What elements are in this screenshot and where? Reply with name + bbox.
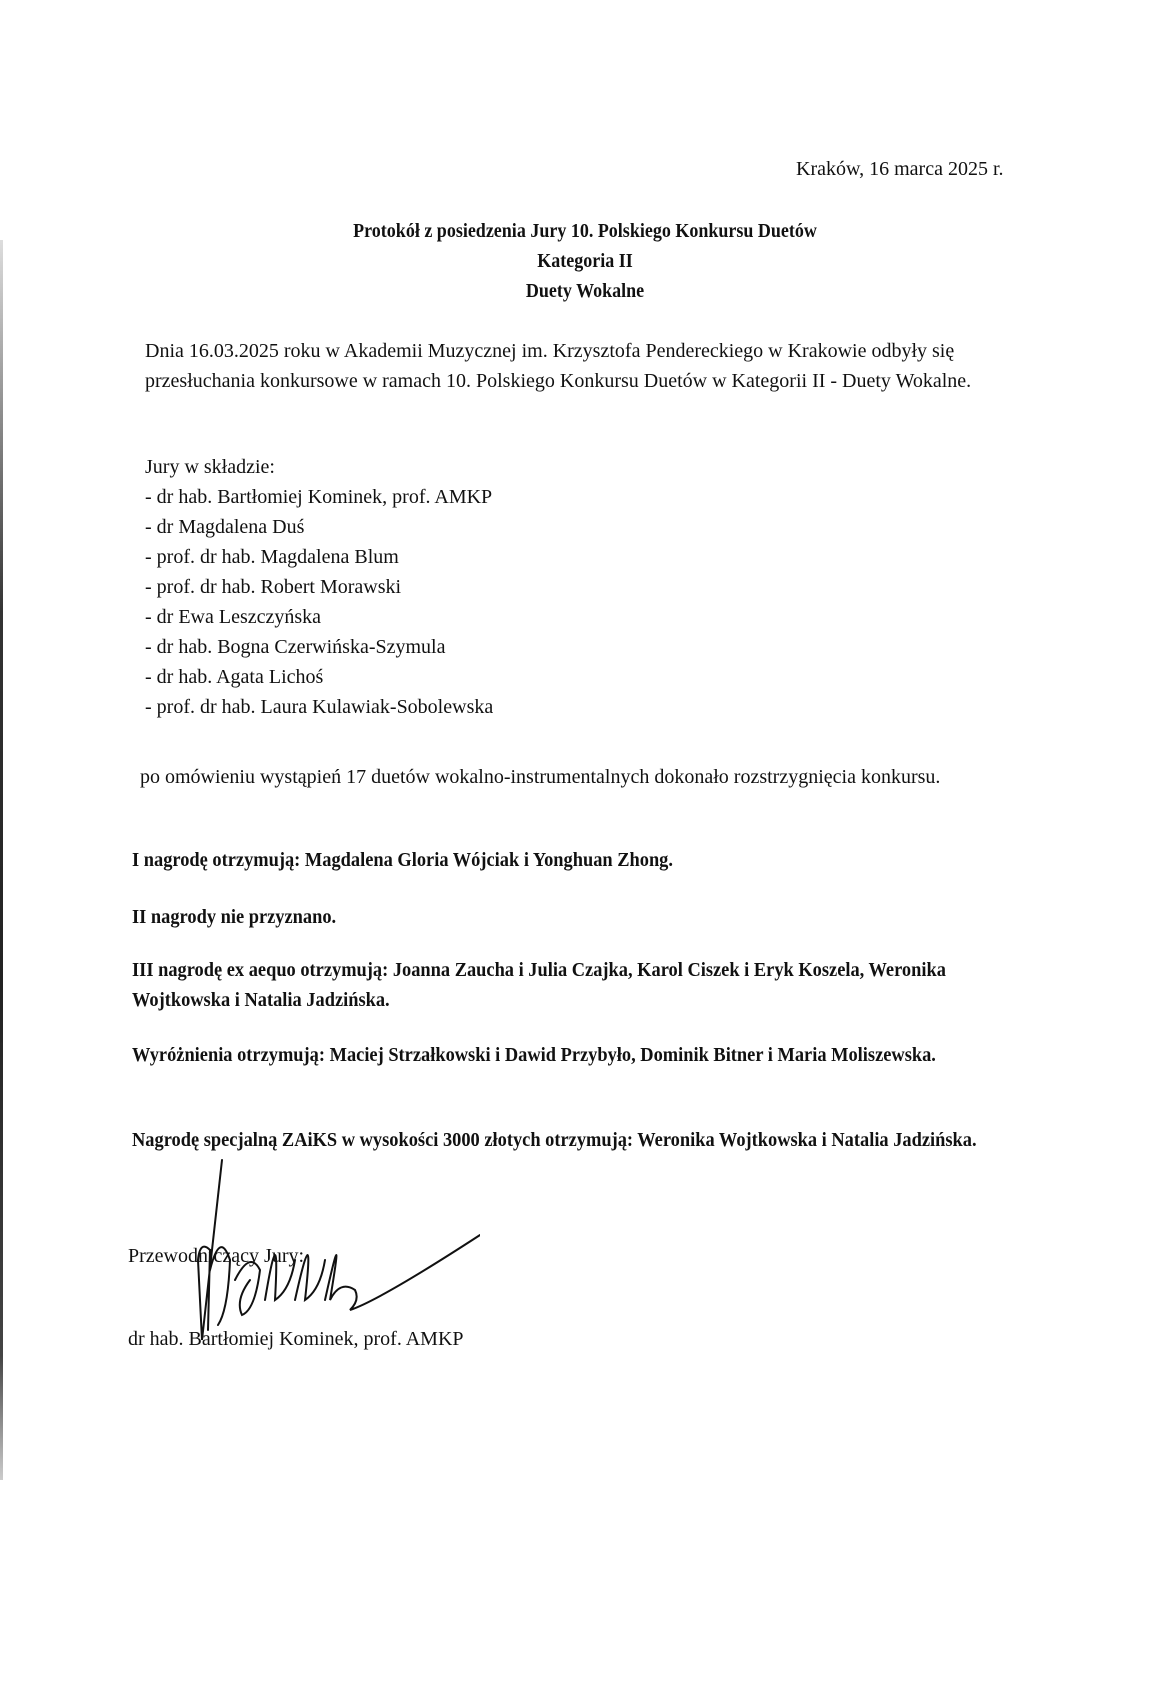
- jury-member: - dr hab. Bogna Czerwińska-Szymula: [145, 632, 1015, 662]
- jury-heading: Jury w składzie:: [145, 452, 1015, 482]
- jury-member: - dr hab. Agata Lichoś: [145, 662, 1015, 692]
- place-date: Kraków, 16 marca 2025 r.: [796, 158, 1004, 181]
- signature-icon: [180, 1150, 480, 1380]
- intro-paragraph: Dnia 16.03.2025 roku w Akademii Muzyczne…: [145, 336, 1015, 396]
- third-prize: III nagrodę ex aequo otrzymują: Joanna Z…: [132, 955, 988, 1015]
- jury-list: Jury w składzie: - dr hab. Bartłomiej Ko…: [145, 452, 1015, 722]
- jury-member: - dr hab. Bartłomiej Kominek, prof. AMKP: [145, 482, 1015, 512]
- title-line-3: Duety Wokalne: [59, 276, 1112, 306]
- title-line-1: Protokół z posiedzenia Jury 10. Polskieg…: [59, 216, 1112, 246]
- jury-member: - prof. dr hab. Magdalena Blum: [145, 542, 1015, 572]
- summary-paragraph: po omówieniu wystąpień 17 duetów wokalno…: [140, 762, 1040, 792]
- jury-member: - dr Ewa Leszczyńska: [145, 602, 1015, 632]
- jury-member: - prof. dr hab. Laura Kulawiak-Sobolewsk…: [145, 692, 1015, 722]
- title-line-2: Kategoria II: [59, 246, 1112, 276]
- document-title: Protokół z posiedzenia Jury 10. Polskieg…: [59, 216, 1112, 306]
- scan-edge: [0, 240, 3, 1480]
- first-prize: I nagrodę otrzymują: Magdalena Gloria Wó…: [132, 845, 932, 875]
- honorable-mentions: Wyróżnienia otrzymują: Maciej Strzałkows…: [132, 1040, 988, 1070]
- second-prize: II nagrody nie przyznano.: [132, 902, 932, 932]
- jury-member: - prof. dr hab. Robert Morawski: [145, 572, 1015, 602]
- jury-member: - dr Magdalena Duś: [145, 512, 1015, 542]
